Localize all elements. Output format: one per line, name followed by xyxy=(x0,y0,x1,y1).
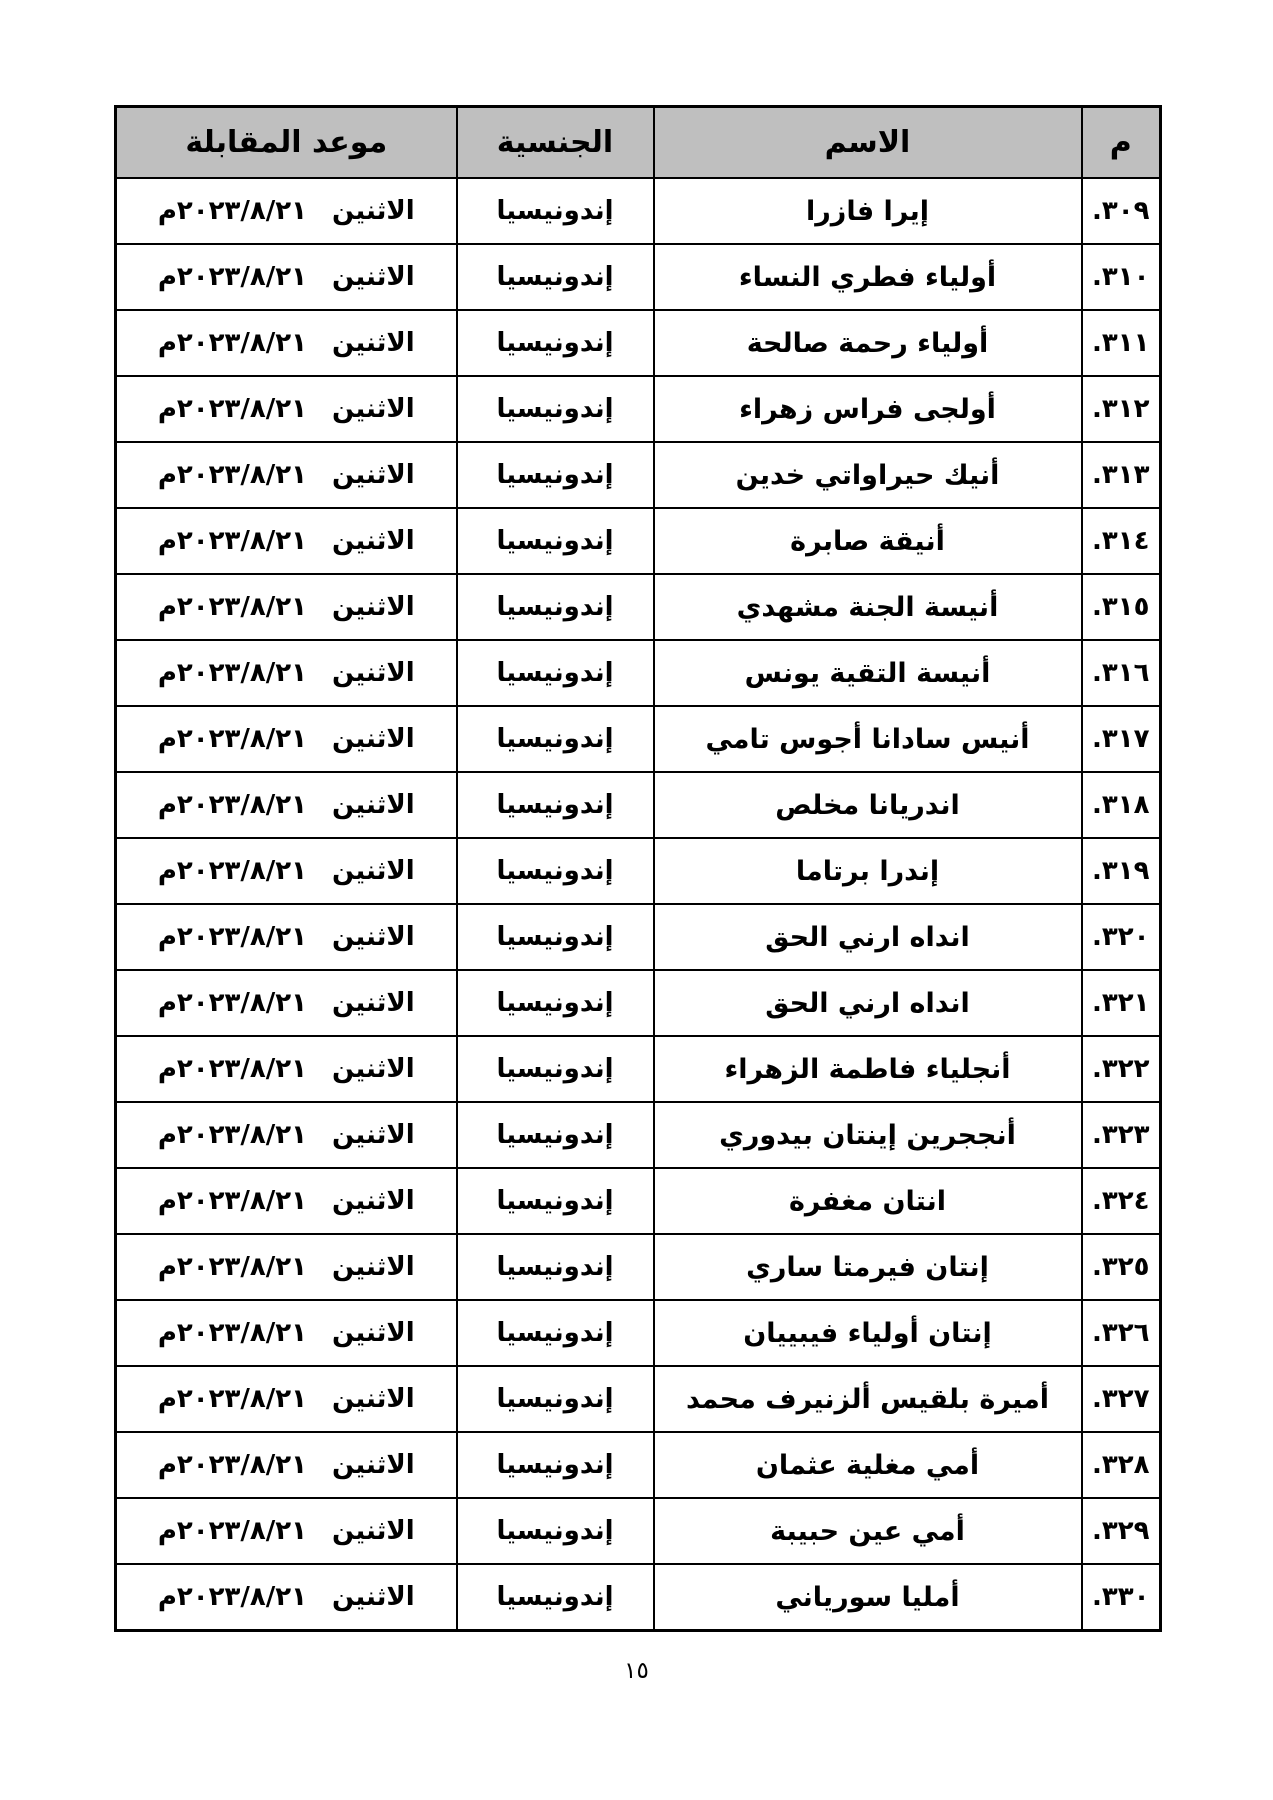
name-cell: انداه ارني الحق xyxy=(654,904,1082,970)
table-row: ٣٢٨.أمي مغلية عثمانإندونيسياالاثنين ٢٠٢٣… xyxy=(116,1432,1161,1498)
name-cell: إيرا فازرا xyxy=(654,178,1082,244)
appointment-cell: الاثنين ٢٠٢٣/٨/٢١م xyxy=(116,1168,457,1234)
table-header-row: م الاسم الجنسية موعد المقابلة xyxy=(116,107,1161,179)
name-cell: أنيقة صابرة xyxy=(654,508,1082,574)
table-row: ٣١٩.إندرا برتاماإندونيسياالاثنين ٢٠٢٣/٨/… xyxy=(116,838,1161,904)
appointment-cell: الاثنين ٢٠٢٣/٨/٢١م xyxy=(116,1498,457,1564)
nationality-cell: إندونيسيا xyxy=(457,1432,654,1498)
appointment-cell: الاثنين ٢٠٢٣/٨/٢١م xyxy=(116,904,457,970)
nationality-cell: إندونيسيا xyxy=(457,1300,654,1366)
appointment-cell: الاثنين ٢٠٢٣/٨/٢١م xyxy=(116,706,457,772)
appointment-cell: الاثنين ٢٠٢٣/٨/٢١م xyxy=(116,772,457,838)
serial-cell: ٣١٥. xyxy=(1082,574,1161,640)
appointment-cell: الاثنين ٢٠٢٣/٨/٢١م xyxy=(116,640,457,706)
name-cell: إنتان فيرمتا ساري xyxy=(654,1234,1082,1300)
appointment-cell: الاثنين ٢٠٢٣/٨/٢١م xyxy=(116,376,457,442)
table-row: ٣٢٣.أنججرين إينتان بيدوريإندونيسياالاثني… xyxy=(116,1102,1161,1168)
serial-cell: ٣٢٦. xyxy=(1082,1300,1161,1366)
name-cell: أنجلياء فاطمة الزهراء xyxy=(654,1036,1082,1102)
name-cell: أمي مغلية عثمان xyxy=(654,1432,1082,1498)
column-header-nationality: الجنسية xyxy=(457,107,654,179)
table-body: ٣٠٩.إيرا فازراإندونيسياالاثنين ٢٠٢٣/٨/٢١… xyxy=(116,178,1161,1631)
nationality-cell: إندونيسيا xyxy=(457,640,654,706)
appointment-cell: الاثنين ٢٠٢٣/٨/٢١م xyxy=(116,1366,457,1432)
table-row: ٣١٥.أنيسة الجنة مشهديإندونيسياالاثنين ٢٠… xyxy=(116,574,1161,640)
nationality-cell: إندونيسيا xyxy=(457,1366,654,1432)
name-cell: أولجى فراس زهراء xyxy=(654,376,1082,442)
column-header-appointment: موعد المقابلة xyxy=(116,107,457,179)
column-header-name: الاسم xyxy=(654,107,1082,179)
table-row: ٣٢٠.انداه ارني الحقإندونيسياالاثنين ٢٠٢٣… xyxy=(116,904,1161,970)
serial-cell: ٣٢٠. xyxy=(1082,904,1161,970)
nationality-cell: إندونيسيا xyxy=(457,442,654,508)
table-row: ٣١٤.أنيقة صابرةإندونيسياالاثنين ٢٠٢٣/٨/٢… xyxy=(116,508,1161,574)
nationality-cell: إندونيسيا xyxy=(457,508,654,574)
name-cell: انتان مغفرة xyxy=(654,1168,1082,1234)
nationality-cell: إندونيسيا xyxy=(457,1102,654,1168)
name-cell: أولياء رحمة صالحة xyxy=(654,310,1082,376)
appointment-cell: الاثنين ٢٠٢٣/٨/٢١م xyxy=(116,178,457,244)
name-cell: اندريانا مخلص xyxy=(654,772,1082,838)
nationality-cell: إندونيسيا xyxy=(457,310,654,376)
interview-schedule-table: م الاسم الجنسية موعد المقابلة ٣٠٩.إيرا ف… xyxy=(114,105,1162,1632)
serial-cell: ٣١٢. xyxy=(1082,376,1161,442)
appointment-cell: الاثنين ٢٠٢٣/٨/٢١م xyxy=(116,508,457,574)
nationality-cell: إندونيسيا xyxy=(457,904,654,970)
name-cell: أمي عين حبيبة xyxy=(654,1498,1082,1564)
serial-cell: ٣١٧. xyxy=(1082,706,1161,772)
serial-cell: ٣٠٩. xyxy=(1082,178,1161,244)
appointment-cell: الاثنين ٢٠٢٣/٨/٢١م xyxy=(116,1564,457,1631)
nationality-cell: إندونيسيا xyxy=(457,772,654,838)
table-row: ٣١٦.أنيسة التقية يونسإندونيسياالاثنين ٢٠… xyxy=(116,640,1161,706)
appointment-cell: الاثنين ٢٠٢٣/٨/٢١م xyxy=(116,838,457,904)
name-cell: أنيك حيراواتي خدين xyxy=(654,442,1082,508)
serial-cell: ٣١٦. xyxy=(1082,640,1161,706)
name-cell: أنيس سادانا أجوس تامي xyxy=(654,706,1082,772)
nationality-cell: إندونيسيا xyxy=(457,838,654,904)
table-row: ٣٢٢.أنجلياء فاطمة الزهراءإندونيسياالاثني… xyxy=(116,1036,1161,1102)
name-cell: أميرة بلقيس ألزنيرف محمد xyxy=(654,1366,1082,1432)
table-row: ٣٣٠.أمليا سوريانيإندونيسياالاثنين ٢٠٢٣/٨… xyxy=(116,1564,1161,1631)
table-row: ٣١٣.أنيك حيراواتي خدينإندونيسياالاثنين ٢… xyxy=(116,442,1161,508)
appointment-cell: الاثنين ٢٠٢٣/٨/٢١م xyxy=(116,442,457,508)
document-page: م الاسم الجنسية موعد المقابلة ٣٠٩.إيرا ف… xyxy=(0,0,1273,1800)
nationality-cell: إندونيسيا xyxy=(457,178,654,244)
serial-cell: ٣٢١. xyxy=(1082,970,1161,1036)
name-cell: إنتان أولياء فيبييان xyxy=(654,1300,1082,1366)
name-cell: أنيسة الجنة مشهدي xyxy=(654,574,1082,640)
nationality-cell: إندونيسيا xyxy=(457,244,654,310)
table-row: ٣١٢.أولجى فراس زهراءإندونيسياالاثنين ٢٠٢… xyxy=(116,376,1161,442)
serial-cell: ٣١٠. xyxy=(1082,244,1161,310)
nationality-cell: إندونيسيا xyxy=(457,1564,654,1631)
name-cell: انداه ارني الحق xyxy=(654,970,1082,1036)
serial-cell: ٣٣٠. xyxy=(1082,1564,1161,1631)
serial-cell: ٣١٩. xyxy=(1082,838,1161,904)
column-header-serial: م xyxy=(1082,107,1161,179)
nationality-cell: إندونيسيا xyxy=(457,574,654,640)
table-row: ٣٢٦.إنتان أولياء فيبييانإندونيسياالاثنين… xyxy=(116,1300,1161,1366)
appointment-cell: الاثنين ٢٠٢٣/٨/٢١م xyxy=(116,1234,457,1300)
nationality-cell: إندونيسيا xyxy=(457,970,654,1036)
appointment-cell: الاثنين ٢٠٢٣/٨/٢١م xyxy=(116,1300,457,1366)
name-cell: أنيسة التقية يونس xyxy=(654,640,1082,706)
table-row: ٣٢٧.أميرة بلقيس ألزنيرف محمدإندونيسياالا… xyxy=(116,1366,1161,1432)
serial-cell: ٣١٤. xyxy=(1082,508,1161,574)
appointment-cell: الاثنين ٢٠٢٣/٨/٢١م xyxy=(116,244,457,310)
nationality-cell: إندونيسيا xyxy=(457,376,654,442)
serial-cell: ٣٢٥. xyxy=(1082,1234,1161,1300)
nationality-cell: إندونيسيا xyxy=(457,1036,654,1102)
page-number: ١٥ xyxy=(0,1658,1273,1684)
table-row: ٣١١.أولياء رحمة صالحةإندونيسياالاثنين ٢٠… xyxy=(116,310,1161,376)
serial-cell: ٣٢٧. xyxy=(1082,1366,1161,1432)
nationality-cell: إندونيسيا xyxy=(457,706,654,772)
serial-cell: ٣١١. xyxy=(1082,310,1161,376)
appointment-cell: الاثنين ٢٠٢٣/٨/٢١م xyxy=(116,1036,457,1102)
table-row: ٣٢٤.انتان مغفرةإندونيسياالاثنين ٢٠٢٣/٨/٢… xyxy=(116,1168,1161,1234)
table-row: ٣١٠.أولياء فطري النساءإندونيسياالاثنين ٢… xyxy=(116,244,1161,310)
serial-cell: ٣٢٨. xyxy=(1082,1432,1161,1498)
nationality-cell: إندونيسيا xyxy=(457,1168,654,1234)
appointment-cell: الاثنين ٢٠٢٣/٨/٢١م xyxy=(116,1102,457,1168)
table-row: ٣٢٥.إنتان فيرمتا ساريإندونيسياالاثنين ٢٠… xyxy=(116,1234,1161,1300)
appointment-cell: الاثنين ٢٠٢٣/٨/٢١م xyxy=(116,574,457,640)
appointment-cell: الاثنين ٢٠٢٣/٨/٢١م xyxy=(116,970,457,1036)
serial-cell: ٣١٣. xyxy=(1082,442,1161,508)
table-row: ٣١٨.اندريانا مخلصإندونيسياالاثنين ٢٠٢٣/٨… xyxy=(116,772,1161,838)
serial-cell: ٣٢٩. xyxy=(1082,1498,1161,1564)
table-row: ٣١٧.أنيس سادانا أجوس تاميإندونيسياالاثني… xyxy=(116,706,1161,772)
serial-cell: ٣٢٢. xyxy=(1082,1036,1161,1102)
name-cell: أنججرين إينتان بيدوري xyxy=(654,1102,1082,1168)
name-cell: إندرا برتاما xyxy=(654,838,1082,904)
nationality-cell: إندونيسيا xyxy=(457,1498,654,1564)
serial-cell: ٣٢٤. xyxy=(1082,1168,1161,1234)
table-row: ٣٢١.انداه ارني الحقإندونيسياالاثنين ٢٠٢٣… xyxy=(116,970,1161,1036)
table-row: ٣٠٩.إيرا فازراإندونيسياالاثنين ٢٠٢٣/٨/٢١… xyxy=(116,178,1161,244)
appointment-cell: الاثنين ٢٠٢٣/٨/٢١م xyxy=(116,1432,457,1498)
appointment-cell: الاثنين ٢٠٢٣/٨/٢١م xyxy=(116,310,457,376)
name-cell: أمليا سورياني xyxy=(654,1564,1082,1631)
table-row: ٣٢٩.أمي عين حبيبةإندونيسياالاثنين ٢٠٢٣/٨… xyxy=(116,1498,1161,1564)
serial-cell: ٣٢٣. xyxy=(1082,1102,1161,1168)
nationality-cell: إندونيسيا xyxy=(457,1234,654,1300)
serial-cell: ٣١٨. xyxy=(1082,772,1161,838)
name-cell: أولياء فطري النساء xyxy=(654,244,1082,310)
